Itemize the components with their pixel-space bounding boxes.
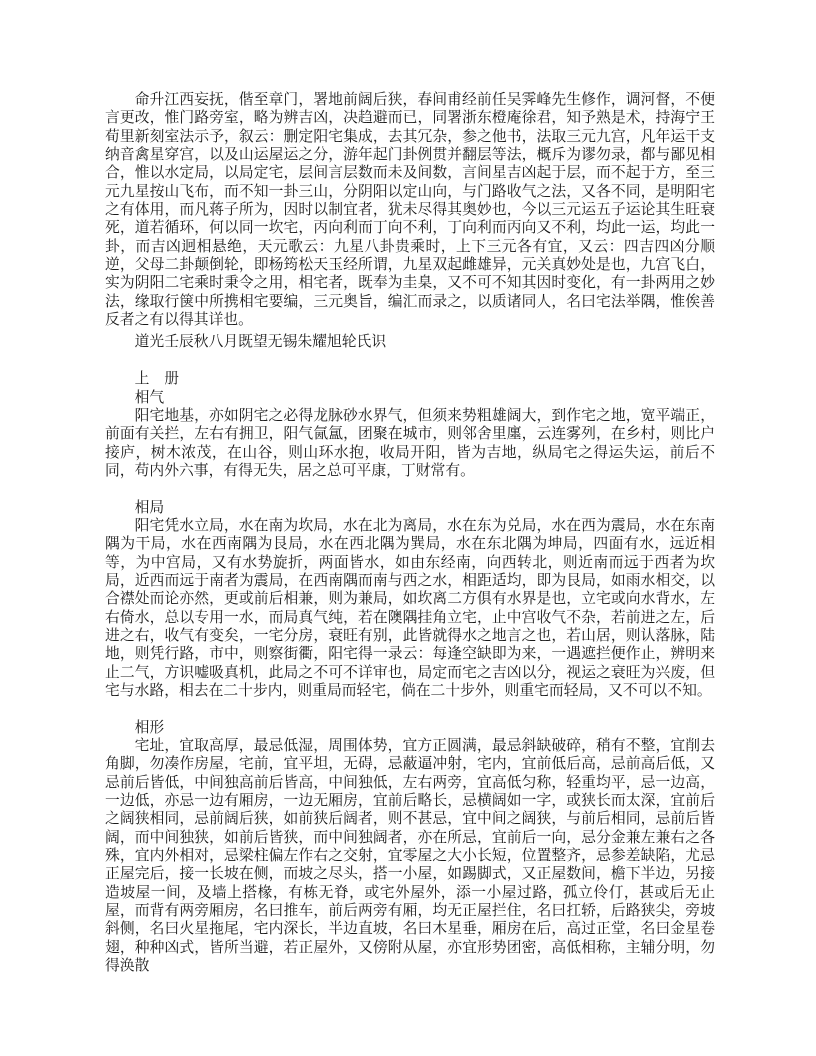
volume-heading: 上 册 <box>105 370 715 388</box>
section-body-xiangju: 阳宅凭水立局，水在南为坎局，水在北为离局，水在东为兑局，水在西为震局，水在东南隅… <box>105 517 715 700</box>
section-body-xiangqi: 阳宅地基，亦如阴宅之必得龙脉砂水界气，但须来势粗雄阔大，到作宅之地，宽平端正，前… <box>105 407 715 480</box>
section-heading-xiangqi: 相气 <box>105 389 715 407</box>
section-body-xiangxing: 宅址，宜取高厚，最忌低湿，周围体势，宜方正圆满，最忌斜缺破碎，稍有不整，宜削去角… <box>105 737 715 975</box>
colophon-line: 道光壬辰秋八月既望无锡朱耀旭轮氏识 <box>105 333 715 351</box>
document-page: 命升江西妄抚，偕至章门，署地前阔后狭，春间甫经前任吴霁峰先生修作，调河督，不便言… <box>0 0 816 1056</box>
section-heading-xiangxing: 相形 <box>105 719 715 737</box>
preface-paragraph: 命升江西妄抚，偕至章门，署地前阔后狭，春间甫经前任吴霁峰先生修作，调河督，不便言… <box>105 91 715 329</box>
section-heading-xiangju: 相局 <box>105 499 715 517</box>
